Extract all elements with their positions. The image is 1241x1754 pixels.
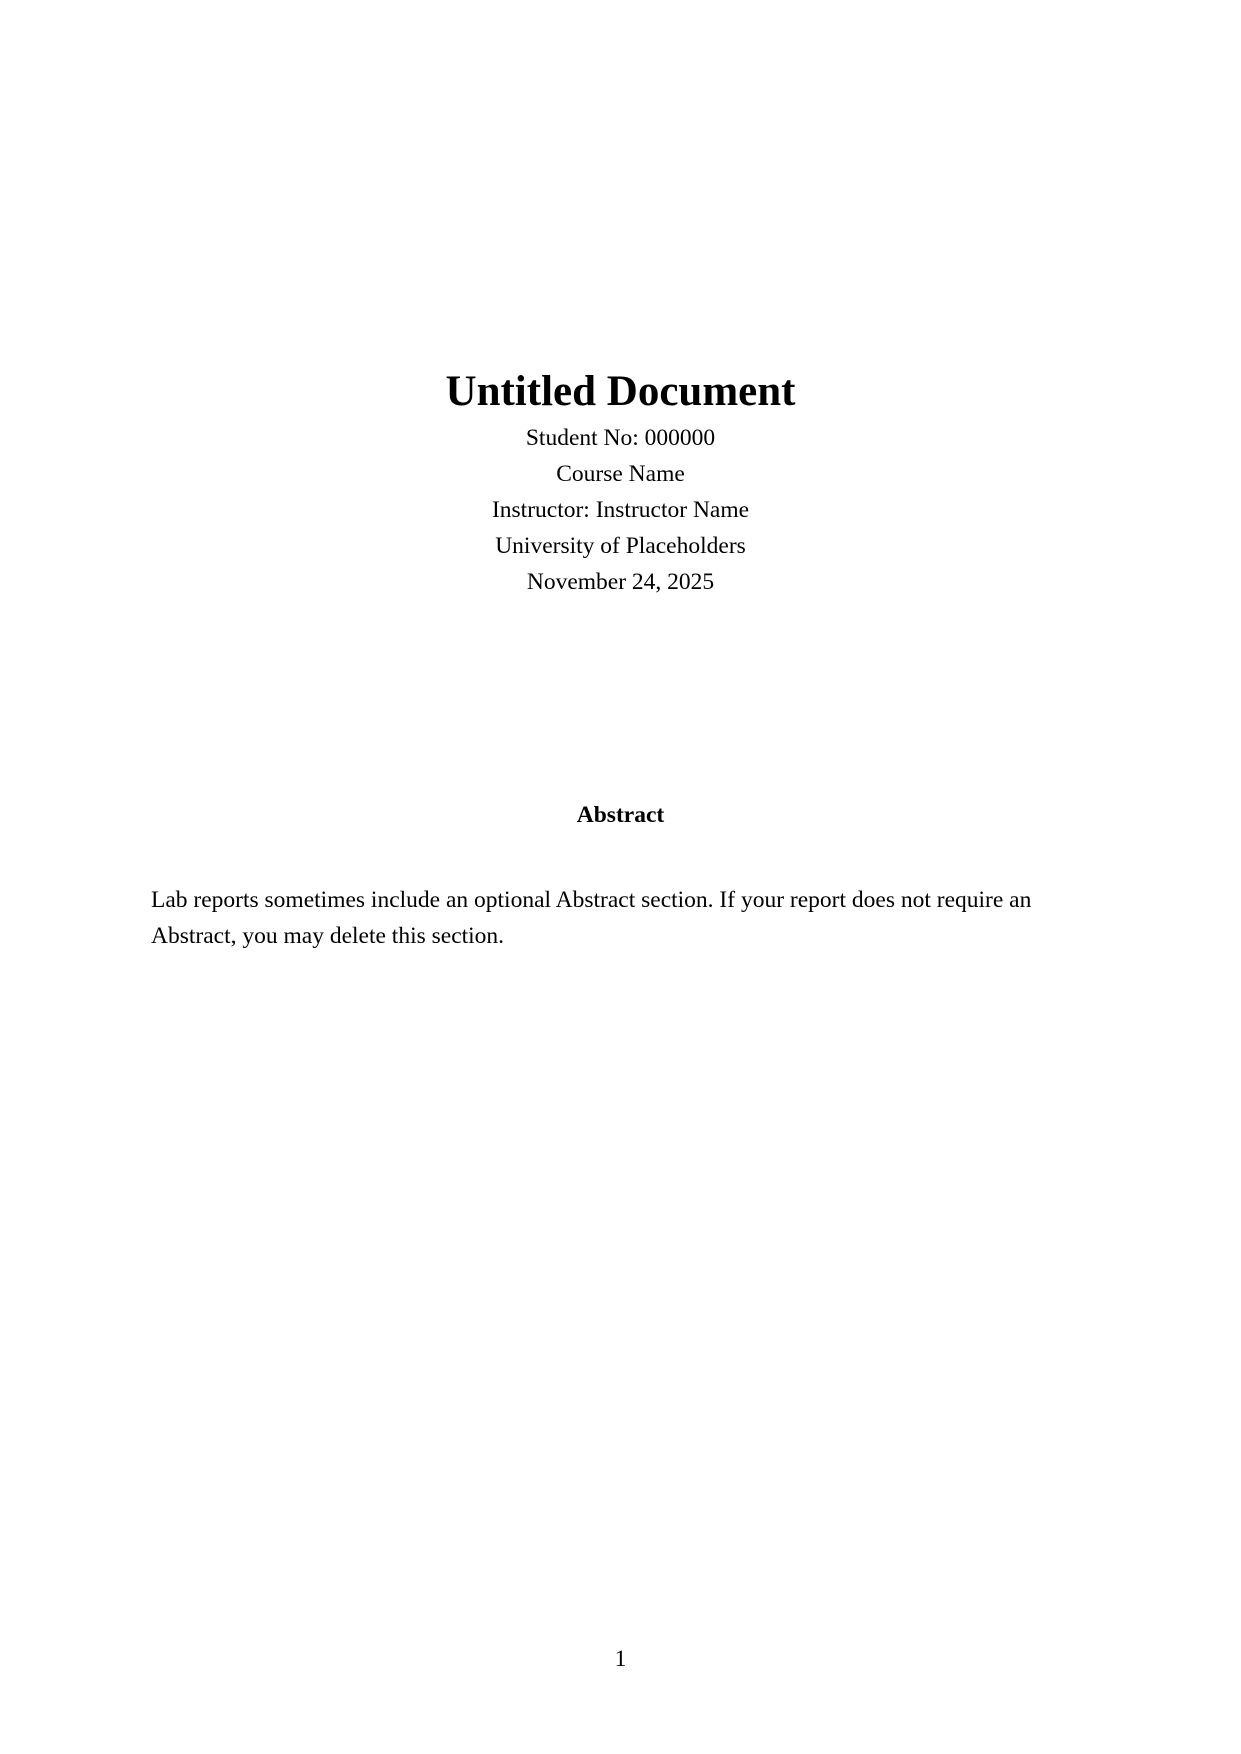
abstract-body: Lab reports sometimes include an optiona… [151,882,1096,954]
abstract-heading: Abstract [0,800,1241,830]
student-number: Student No: 000000 [0,420,1241,456]
document-title: Untitled Document [0,366,1241,418]
page-number: 1 [0,1644,1241,1674]
university-name: University of Placeholders [0,528,1241,564]
document-date: November 24, 2025 [0,564,1241,600]
instructor-name: Instructor: Instructor Name [0,492,1241,528]
course-name: Course Name [0,456,1241,492]
title-block: Untitled Document Student No: 000000 Cou… [0,366,1241,600]
